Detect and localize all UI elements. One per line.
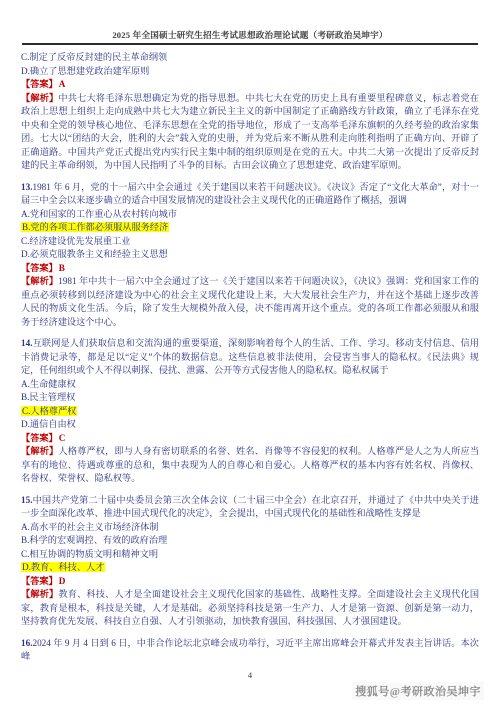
answer-option: C.制定了反帝反封建的民主革命纲领 bbox=[21, 51, 479, 65]
answer-option-text: A.生命健康权 bbox=[21, 379, 76, 389]
answer-option: A.高水平的社会主义市场经济体制 bbox=[21, 521, 479, 535]
analysis-text: 教育、科技、人才是全面建设社会主义现代化国家的基础性、战略性支撑。全面建设社会主… bbox=[21, 589, 479, 626]
answer-letter: A bbox=[58, 79, 66, 89]
question-block: 14.互联网是人们获取信息和交流沟通的重要渠道，深刻影响着每个人的生活、工作、学… bbox=[21, 337, 479, 486]
question-number: 16. bbox=[21, 638, 32, 648]
analysis-paragraph: 【解析】教育、科技、人才是全面建设社会主义现代化国家的基础性、战略性支撑。全面建… bbox=[21, 588, 479, 629]
document-page: 2025 年全国硕士研究生招生考试思想政治理论试题（考研政治吴坤宇） C.制定了… bbox=[0, 0, 500, 707]
analysis-tag: 【解析】 bbox=[21, 446, 58, 456]
answer-option: D.确立了思想建党政治建军原则 bbox=[21, 65, 479, 79]
page-header-title: 2025 年全国硕士研究生招生考试思想政治理论试题（考研政治吴坤宇） bbox=[0, 0, 500, 40]
answer-option-text-highlighted: C.人格尊严权 bbox=[21, 406, 77, 416]
analysis-paragraph: 【解析】1981 年中共十一届六中全会通过了这一《关于建国以来若干问题决议》，《… bbox=[21, 275, 479, 329]
answer-option: D.教育、科技、人才 bbox=[21, 561, 479, 575]
answer-tag: 【答案】 bbox=[21, 433, 58, 443]
question-number: 13. bbox=[21, 182, 32, 192]
answer-option: A.党和国家的工作重心从农村转向城市 bbox=[21, 208, 479, 222]
answer-option-text: D.通信自由权 bbox=[21, 419, 76, 429]
answer-line: 【答案】C bbox=[21, 432, 479, 446]
question-stem: 15.中国共产党第二十届中央委员会第三次全体会议（二十届三中全会）在北京召开，并… bbox=[21, 494, 479, 521]
answer-option-text: B.民主管理权 bbox=[21, 392, 75, 402]
question-stem: 16.2024 年 9 月 4 日到 6 日，中非合作论坛北京峰会成功举行，习近… bbox=[21, 637, 479, 664]
answer-option: B.科学的宏观调控、有效的政府治理 bbox=[21, 534, 479, 548]
answer-option: C.经济建设优先发展重工业 bbox=[21, 235, 479, 249]
question-stem: 13.1981 年 6 月，党的十一届六中全会通过《关于建国以来若干问题决议》。… bbox=[21, 181, 479, 208]
question-number: 15. bbox=[21, 495, 32, 505]
answer-option: C.人格尊严权 bbox=[21, 405, 479, 419]
question-block: 16.2024 年 9 月 4 日到 6 日，中非合作论坛北京峰会成功举行，习近… bbox=[21, 637, 479, 664]
answer-option: A.生命健康权 bbox=[21, 378, 479, 392]
answer-letter: C bbox=[58, 433, 66, 443]
answer-option-text: C.经济建设优先发展重工业 bbox=[21, 236, 131, 246]
answer-option: D.通信自由权 bbox=[21, 418, 479, 432]
question-block: 13.1981 年 6 月，党的十一届六中全会通过《关于建国以来若干问题决议》。… bbox=[21, 181, 479, 330]
answer-line: 【答案】D bbox=[21, 575, 479, 589]
watermark: 搜狐号@考研政治吴坤宇 bbox=[352, 682, 484, 700]
answer-tag: 【答案】 bbox=[21, 79, 58, 89]
analysis-text: 人格尊严权，即与人身有密切联系的名誉、姓名、肖像等不容侵犯的权利。人格尊严是人之… bbox=[21, 446, 479, 483]
answer-option-text: C.制定了反帝反封建的民主革命纲领 bbox=[21, 52, 167, 62]
analysis-tag: 【解析】 bbox=[21, 276, 58, 286]
analysis-text: 1981 年中共十一届六中全会通过了这一《关于建国以来若干问题决议》，《决议》强… bbox=[21, 276, 479, 327]
analysis-paragraph: 【解析】中共七大将毛泽东思想确定为党的指导思想。中共七大在党的历史上具有重要里程… bbox=[21, 92, 479, 173]
answer-option-text-highlighted: B.党的各项工作都必须服从服务经济 bbox=[21, 222, 169, 232]
question-stem-text: 中国共产党第二十届中央委员会第三次全体会议（二十届三中全会）在北京召开，并通过了… bbox=[21, 495, 479, 519]
question-block: 15.中国共产党第二十届中央委员会第三次全体会议（二十届三中全会）在北京召开，并… bbox=[21, 494, 479, 629]
question-number: 14. bbox=[21, 338, 32, 348]
answer-option: B.民主管理权 bbox=[21, 391, 479, 405]
question-block: C.制定了反帝反封建的民主革命纲领D.确立了思想建党政治建军原则【答案】A【解析… bbox=[21, 51, 479, 173]
answer-option-text: D.确立了思想建党政治建军原则 bbox=[21, 66, 149, 76]
answer-line: 【答案】B bbox=[21, 262, 479, 276]
analysis-tag: 【解析】 bbox=[21, 589, 58, 599]
analysis-text: 中共七大将毛泽东思想确定为党的指导思想。中共七大在党的历史上具有重要里程碑意义，… bbox=[21, 93, 479, 171]
answer-tag: 【答案】 bbox=[21, 263, 58, 273]
answer-option-text: D.必须克服教条主义和经验主义思想 bbox=[21, 249, 168, 259]
header-divider bbox=[22, 43, 478, 45]
answer-option: B.党的各项工作都必须服从服务经济 bbox=[21, 221, 479, 235]
answer-option: D.必须克服教条主义和经验主义思想 bbox=[21, 248, 479, 262]
question-stem-text: 互联网是人们获取信息和交流沟通的重要渠道，深刻影响着每个人的生活、工作、学习。移… bbox=[21, 338, 479, 375]
answer-option-text: C.相互协调的物质文明和精神文明 bbox=[21, 549, 158, 559]
answer-tag: 【答案】 bbox=[21, 576, 58, 586]
question-stem-text: 1981 年 6 月，党的十一届六中全会通过《关于建国以来若干问题决议》。《决议… bbox=[21, 182, 479, 206]
analysis-tag: 【解析】 bbox=[21, 93, 58, 103]
answer-letter: B bbox=[58, 263, 65, 273]
answer-option-text-highlighted: D.教育、科技、人才 bbox=[21, 562, 105, 572]
analysis-paragraph: 【解析】人格尊严权，即与人身有密切联系的名誉、姓名、肖像等不容侵犯的权利。人格尊… bbox=[21, 445, 479, 486]
page-number: 4 bbox=[0, 670, 500, 680]
answer-letter: D bbox=[58, 576, 66, 586]
answer-option-text: B.科学的宏观调控、有效的政府治理 bbox=[21, 535, 167, 545]
answer-option-text: A.党和国家的工作重心从农村转向城市 bbox=[21, 209, 177, 219]
question-stem-text: 2024 年 9 月 4 日到 6 日，中非合作论坛北京峰会成功举行，习近平主席… bbox=[21, 638, 479, 662]
question-stem: 14.互联网是人们获取信息和交流沟通的重要渠道，深刻影响着每个人的生活、工作、学… bbox=[21, 337, 479, 378]
answer-option: C.相互协调的物质文明和精神文明 bbox=[21, 548, 479, 562]
answer-line: 【答案】A bbox=[21, 78, 479, 92]
answer-option-text: A.高水平的社会主义市场经济体制 bbox=[21, 522, 159, 532]
document-body: C.制定了反帝反封建的民主革命纲领D.确立了思想建党政治建军原则【答案】A【解析… bbox=[21, 51, 479, 664]
